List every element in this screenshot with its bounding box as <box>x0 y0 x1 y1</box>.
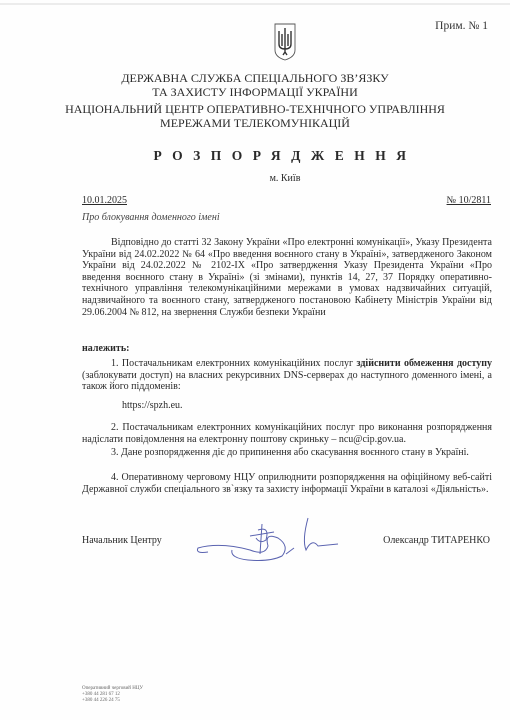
agency-line-2: ТА ЗАХИСТУ ІНФОРМАЦІЇ УКРАЇНИ <box>0 86 510 100</box>
center-line-1: НАЦІОНАЛЬНИЙ ЦЕНТР ОПЕРАТИВНО-ТЕХНІЧНОГО… <box>0 103 510 117</box>
agency-name: ДЕРЖАВНА СЛУЖБА СПЕЦІАЛЬНОГО ЗВ’ЯЗКУ ТА … <box>0 72 510 99</box>
agency-line-1: ДЕРЖАВНА СЛУЖБА СПЕЦІАЛЬНОГО ЗВ’ЯЗКУ <box>0 72 510 86</box>
document-title: РОЗПОРЯДЖЕННЯ <box>60 148 510 164</box>
item-1-suffix: (заблокувати доступ) на власних рекурсив… <box>82 370 492 393</box>
center-line-2: МЕРЕЖАМИ ТЕЛЕКОМУНІКАЦІЙ <box>0 117 510 131</box>
document-subject: Про блокування доменного імені <box>82 212 220 223</box>
annex-label: Прим. № 1 <box>435 20 488 32</box>
signer-name: Олександр ТИТАРЕНКО <box>383 535 490 546</box>
decide-label: належить: <box>82 343 129 354</box>
preamble-paragraph: Відповідно до статті 32 Закону України «… <box>82 237 492 318</box>
item-4: 4. Оперативному черговому НЦУ оприлюднит… <box>82 472 492 495</box>
signature-image <box>190 510 340 570</box>
coat-of-arms-icon <box>273 22 297 62</box>
scan-edge-line <box>0 3 510 5</box>
footer-phone-2: +380 44 226 24 75 <box>82 698 143 704</box>
item-1-emphasis: здійснити обмеження доступу <box>357 358 492 369</box>
document-page: Прим. № 1 ДЕРЖАВНА СЛУЖБА СПЕЦІАЛЬНОГО З… <box>0 0 510 720</box>
document-number: № 10/2811 <box>447 195 491 206</box>
signer-role: Начальник Центру <box>82 535 162 546</box>
item-2: 2. Постачальникам електронних комунікаці… <box>82 422 492 445</box>
center-name: НАЦІОНАЛЬНИЙ ЦЕНТР ОПЕРАТИВНО-ТЕХНІЧНОГО… <box>0 103 510 130</box>
city: м. Київ <box>60 173 510 184</box>
item-1-prefix: 1. Постачальникам електронних комунікаці… <box>111 358 357 369</box>
footer-contacts: Оперативний черговий НЦУ +380 44 281 67 … <box>82 686 143 704</box>
item-1: 1. Постачальникам електронних комунікаці… <box>82 358 492 393</box>
blocked-domain: https://spzh.eu. <box>122 400 183 411</box>
document-date: 10.01.2025 <box>82 195 127 206</box>
item-3: 3. Дане розпорядження діє до припинення … <box>82 447 492 459</box>
